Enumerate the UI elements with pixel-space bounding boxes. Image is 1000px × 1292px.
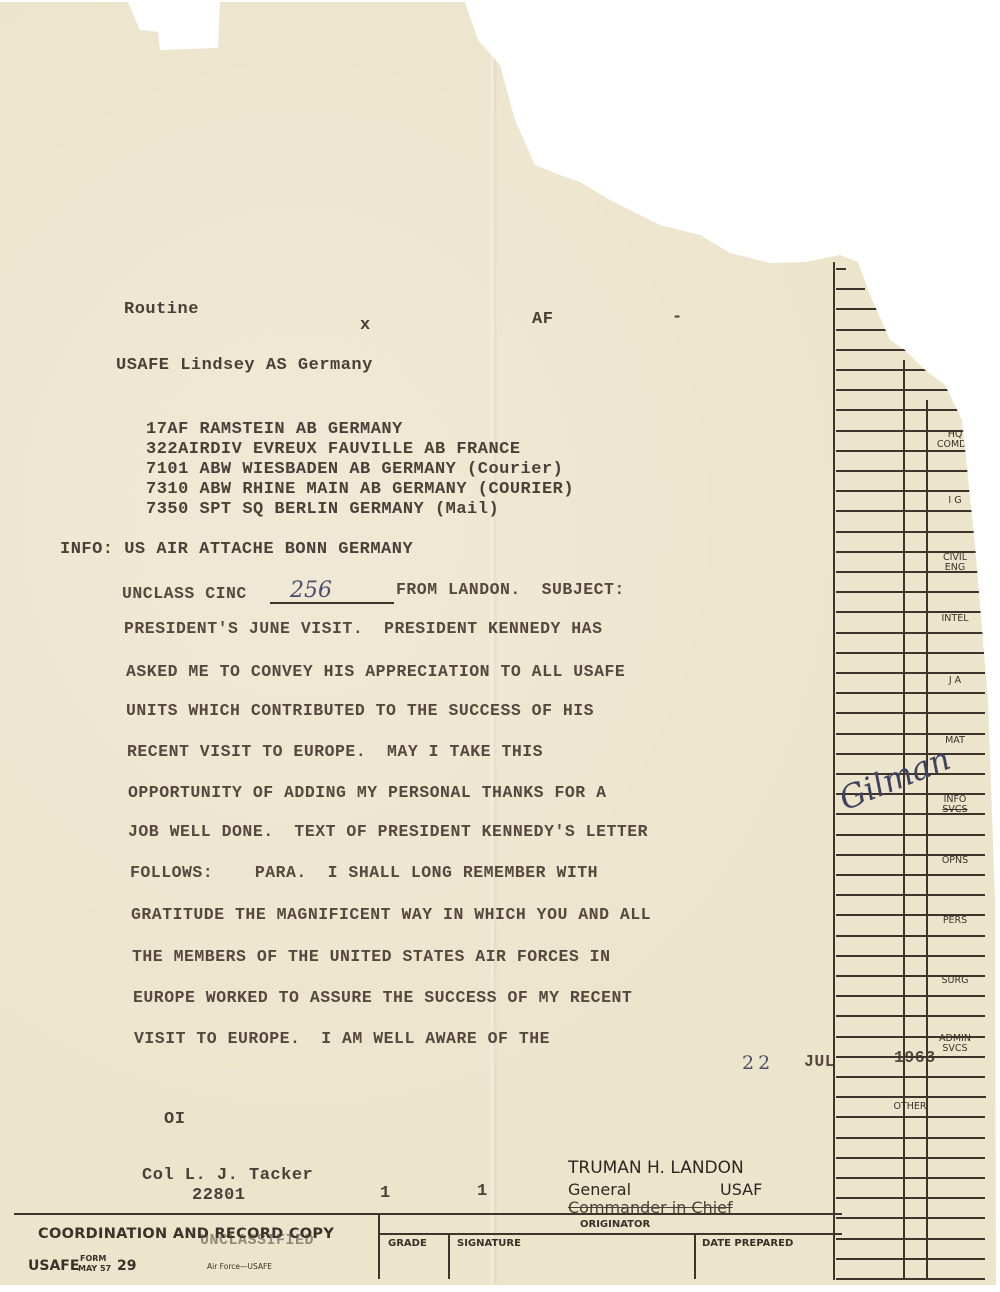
grid-left-rule [833, 262, 835, 1280]
date-prepared-label: DATE PREPARED [702, 1238, 793, 1249]
grid-row-rule [836, 1238, 985, 1240]
grid-inner-rule-1 [903, 360, 905, 1280]
grid-row-rule [836, 389, 961, 391]
count-1: 1 [380, 1184, 391, 1203]
grid-row-rule [836, 834, 985, 836]
body-line: PRESIDENT'S JUNE VISIT. PRESIDENT KENNED… [124, 619, 602, 638]
mark-x: x [360, 316, 371, 335]
document-paper: Routine x AF - USAFE Lindsey AS Germany … [0, 0, 1000, 1292]
grid-row-rule [836, 470, 985, 472]
grid-row-rule [836, 409, 980, 411]
grid-row-rule [836, 1015, 985, 1017]
grid-row-rule [836, 1056, 985, 1058]
coord-label-opns: OPNS [925, 856, 985, 866]
body-line: VISIT TO EUROPE. I AM WELL AWARE OF THE [134, 1029, 550, 1048]
originator-label: ORIGINATOR [580, 1219, 650, 1230]
body-line: UNITS WHICH CONTRIBUTED TO THE SUCCESS O… [126, 701, 594, 720]
date-month: JUL [804, 1052, 835, 1071]
message-number-handwritten: 256 [290, 578, 332, 603]
drafter-name: Col L. J. Tacker [142, 1166, 313, 1185]
coord-label-admin-svcs: ADMINSVCS [925, 1034, 985, 1054]
coord-label-info-svcs: INFOSVCS [925, 795, 985, 815]
form-top-rule [14, 1213, 842, 1215]
dash-mark: - [672, 308, 683, 327]
grid-row-rule [836, 632, 985, 634]
grid-row-rule [836, 591, 985, 593]
form-divider [378, 1213, 380, 1279]
body-line: THE MEMBERS OF THE UNITED STATES AIR FOR… [132, 947, 610, 966]
grid-row-rule [836, 1197, 985, 1199]
body-line: JOB WELL DONE. TEXT OF PRESIDENT KENNEDY… [128, 822, 648, 841]
grid-row-rule [836, 935, 985, 937]
count-2: 1 [477, 1182, 488, 1201]
coord-label-hq-comdr: HQCOMDR [925, 430, 985, 450]
precedence: Routine [124, 300, 199, 319]
grid-row-rule [836, 349, 922, 351]
coord-label-i-g: I G [925, 496, 985, 506]
grid-row-rule [836, 874, 985, 876]
addressee: 17AF RAMSTEIN AB GERMANY [146, 420, 574, 440]
service-code: AF [532, 310, 553, 329]
grid-row-rule [836, 288, 865, 290]
unclassified-overstamp: UNCLASSIFIED [200, 1232, 314, 1249]
grid-row-rule [836, 1116, 985, 1118]
grade-divider [448, 1235, 450, 1279]
addressee: 7101 ABW WIESBADEN AB GERMANY (Courier) [146, 460, 574, 480]
originator-service: USAF [720, 1180, 762, 1199]
grid-row-rule [836, 955, 985, 957]
grid-row-rule [836, 672, 985, 674]
grid-row-rule [836, 894, 985, 896]
date-day-handwritten: 22 [742, 1052, 774, 1074]
grid-row-rule [836, 652, 985, 654]
grid-row-rule [836, 712, 985, 714]
grid-row-rule [836, 531, 985, 533]
message-suffix: FROM LANDON. SUBJECT: [396, 580, 625, 599]
coord-label-pers: PERS [925, 916, 985, 926]
office-code: OI [164, 1110, 185, 1129]
addressee: 7310 ABW RHINE MAIN AB GERMANY (COURIER) [146, 480, 574, 500]
grid-row-rule [836, 369, 942, 371]
grid-row-rule [836, 692, 985, 694]
grade-label: GRADE [388, 1238, 427, 1249]
grid-row-rule [836, 1137, 985, 1139]
grid-row-rule [836, 329, 903, 331]
grid-row-rule [836, 1278, 985, 1280]
signature-divider [694, 1235, 696, 1279]
grid-row-rule [836, 308, 884, 310]
grid-row-rule [836, 510, 985, 512]
grid-row-rule [836, 450, 985, 452]
number-underline [270, 602, 394, 604]
body-line: EUROPE WORKED TO ASSURE THE SUCCESS OF M… [133, 988, 632, 1007]
body-line: GRATITUDE THE MAGNIFICENT WAY IN WHICH Y… [131, 905, 651, 924]
coord-label-surg: SURG [925, 976, 985, 986]
originator-rank: General [568, 1180, 631, 1199]
grid-row-rule [836, 995, 985, 997]
form-label: FORM [80, 1254, 106, 1263]
body-line: FOLLOWS: PARA. I SHALL LONG REMEMBER WIT… [130, 863, 598, 882]
drafter-phone: 22801 [192, 1186, 246, 1205]
grid-row-rule [836, 1076, 985, 1078]
coord-label-intel: INTEL [925, 614, 985, 624]
grid-row-rule [836, 1258, 985, 1260]
grid-row-rule [836, 1157, 985, 1159]
addressee: 7350 SPT SQ BERLIN GERMANY (Mail) [146, 500, 574, 520]
grid-row-rule [836, 1177, 985, 1179]
grid-row-rule [836, 268, 846, 270]
body-line: ASKED ME TO CONVEY HIS APPRECIATION TO A… [126, 662, 625, 681]
form-agency: USAFE [28, 1258, 79, 1274]
addressee-list: 17AF RAMSTEIN AB GERMANY 322AIRDIV EVREU… [146, 420, 574, 520]
form-number: 29 [117, 1258, 136, 1274]
body-line: OPPORTUNITY OF ADDING MY PERSONAL THANKS… [128, 783, 606, 802]
info-line: INFO: US AIR ATTACHE BONN GERMANY [60, 540, 413, 559]
coord-label-other: OTHER [880, 1102, 940, 1112]
grid-other-rule [836, 1096, 986, 1098]
body-line: RECENT VISIT TO EUROPE. MAY I TAKE THIS [127, 742, 543, 761]
grid-row-rule [836, 490, 985, 492]
grid-row-rule [836, 1217, 985, 1219]
form-date: MAY 57 [78, 1264, 111, 1273]
signature-label: SIGNATURE [457, 1238, 521, 1249]
form-publisher: Air Force—USAFE [207, 1262, 272, 1271]
coord-label-j-a: J A [925, 676, 985, 686]
message-prefix: UNCLASS CINC [122, 584, 247, 603]
addressee: 322AIRDIV EVREUX FAUVILLE AB FRANCE [146, 440, 574, 460]
coord-label-civil-eng: CIVILENG [925, 553, 985, 573]
originator-name: TRUMAN H. LANDON [568, 1158, 744, 1178]
from-line: USAFE Lindsey AS Germany [116, 356, 373, 375]
